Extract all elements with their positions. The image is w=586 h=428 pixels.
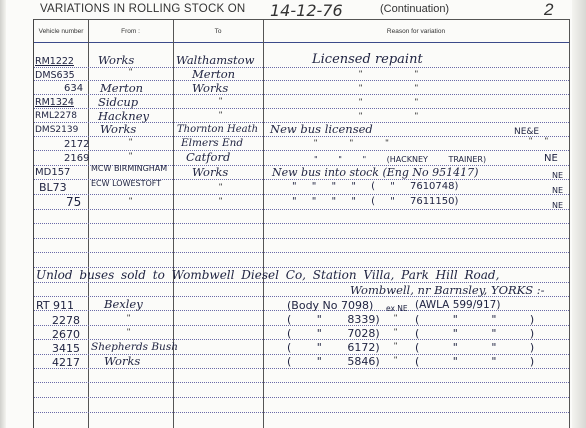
vehicle-number: 2169 bbox=[64, 152, 89, 165]
scan-edge-left bbox=[0, 0, 6, 428]
reason-text: New bus licensed bbox=[270, 123, 373, 136]
district-tag: NE bbox=[552, 169, 563, 182]
vehicle-number: 2670 bbox=[52, 328, 80, 341]
form-title: VARIATIONS IN ROLLING STOCK ON bbox=[40, 3, 245, 15]
to-location: Elmers End bbox=[181, 137, 243, 150]
to-location: Walthamstow bbox=[176, 54, 254, 67]
vehicle-number: 2172 bbox=[64, 138, 89, 151]
vehicle-number: 3415 bbox=[52, 342, 80, 355]
ditto-mark: " bbox=[129, 137, 132, 147]
ditto-mark: " bbox=[127, 313, 130, 323]
col-header-reason: Reason for variation bbox=[263, 20, 569, 42]
from-location: Works bbox=[98, 54, 134, 67]
ditto-mark: " bbox=[394, 341, 397, 351]
vehicle-number: RM1222 bbox=[35, 55, 74, 68]
reason-text: New bus into stock (Eng No 951417) bbox=[272, 166, 478, 179]
district-tag: NE bbox=[552, 184, 563, 197]
ruled-line bbox=[34, 397, 569, 398]
ditto-mark: " bbox=[127, 327, 130, 337]
sale-note-line1: Unlod buses sold to Wombwell Diesel Co, … bbox=[36, 269, 499, 282]
ditto-mark: " bbox=[129, 196, 132, 206]
ditto-mark: " bbox=[394, 327, 397, 337]
from-location: Shepherds Bush bbox=[91, 341, 178, 354]
continuation-label: (Continuation) bbox=[380, 3, 449, 15]
from-location: Works bbox=[100, 123, 136, 136]
from-location: ECW LOWESTOFT bbox=[91, 180, 171, 187]
col-header-vehicle: Vehicle number bbox=[34, 20, 88, 42]
ditto-mark: " " bbox=[359, 111, 418, 121]
registration: ( " " ) bbox=[415, 355, 534, 368]
ditto-mark: " bbox=[394, 313, 397, 323]
body-number: (Body No 7098) bbox=[287, 299, 373, 312]
from-location: Bexley bbox=[104, 298, 143, 311]
to-location: Thornton Heath bbox=[177, 123, 258, 136]
reason-text: " " " " ( " 7611150) bbox=[292, 195, 458, 208]
from-location: Sidcup bbox=[98, 96, 138, 109]
district-tag: NE bbox=[552, 199, 563, 212]
registration: ( " " ) bbox=[415, 313, 534, 326]
ruled-line bbox=[34, 209, 569, 210]
ruled-line bbox=[34, 150, 569, 151]
column-divider bbox=[88, 20, 89, 428]
ruled-line bbox=[34, 412, 569, 413]
ditto-mark: " bbox=[219, 182, 222, 192]
ditto-mark: " bbox=[219, 196, 222, 206]
reason-text: Licensed repaint bbox=[312, 53, 423, 66]
ditto-mark: " bbox=[394, 355, 397, 365]
vehicle-number: MD157 bbox=[35, 166, 70, 179]
body-number: ( " 6172) bbox=[287, 341, 380, 354]
registration: ( " " ) bbox=[415, 341, 534, 354]
ruled-line bbox=[34, 238, 569, 239]
body-number: ( " 7028) bbox=[287, 327, 380, 340]
ruled-line bbox=[34, 136, 569, 137]
scan-edge-right bbox=[572, 0, 586, 428]
ditto-mark: " " bbox=[529, 136, 548, 146]
ditto-mark: " bbox=[129, 151, 132, 161]
body-number: ( " 8339) bbox=[287, 313, 380, 326]
ditto-mark: " bbox=[219, 96, 222, 106]
ditto-mark: " bbox=[129, 67, 132, 77]
sale-note-line2: Wombwell, nr Barnsley, YORKS :- bbox=[350, 284, 545, 297]
ruled-line bbox=[34, 252, 569, 253]
to-location: Catford bbox=[186, 151, 230, 164]
vehicle-number: 75 bbox=[66, 196, 81, 209]
reason-text: " " " " ( " 7610748) bbox=[292, 180, 458, 193]
ruled-line bbox=[34, 223, 569, 224]
vehicle-number: 4217 bbox=[52, 356, 80, 369]
ditto-mark: " " bbox=[359, 97, 418, 107]
district-tag: NE bbox=[544, 152, 558, 165]
body-number: ( " 5846) bbox=[287, 355, 380, 368]
ruled-line bbox=[34, 67, 569, 68]
from-location: Merton bbox=[100, 82, 143, 95]
reason-text: " " " (HACKNEY TRAINER) bbox=[314, 156, 486, 164]
vehicle-number: RM1324 bbox=[35, 96, 74, 109]
ditto-mark: " " " bbox=[314, 138, 389, 148]
from-location: MCW BIRMINGHAM bbox=[91, 165, 171, 172]
ditto-mark: " " bbox=[359, 83, 418, 93]
to-location: Works bbox=[192, 82, 228, 95]
vehicle-number: RT 911 bbox=[36, 299, 74, 312]
ditto-mark: " bbox=[219, 110, 222, 120]
vehicle-number: 2278 bbox=[52, 314, 80, 327]
vehicle-number: DMS2139 bbox=[35, 124, 78, 137]
from-location: Works bbox=[104, 355, 140, 368]
col-header-from: From : bbox=[88, 20, 173, 42]
registration: ( " " ) bbox=[415, 327, 534, 340]
vehicle-number: RML2278 bbox=[35, 110, 77, 123]
form-date: 14-12-76 bbox=[270, 1, 343, 20]
to-location: Merton bbox=[192, 68, 235, 81]
page-number: 2 bbox=[544, 0, 553, 20]
to-location: Works bbox=[192, 166, 228, 179]
col-header-to: To bbox=[173, 20, 263, 42]
vehicle-number: BL73 bbox=[39, 181, 67, 194]
ditto-mark: " " bbox=[359, 69, 418, 79]
ruled-line bbox=[34, 368, 569, 369]
variations-table: Vehicle number From : To Reason for vari… bbox=[33, 19, 570, 428]
ruled-line bbox=[34, 382, 569, 383]
column-divider bbox=[263, 20, 264, 428]
vehicle-number: 634 bbox=[64, 82, 83, 95]
column-divider bbox=[173, 20, 174, 428]
registration: (AWLA 599/917) bbox=[415, 299, 500, 312]
vehicle-number: DMS635 bbox=[35, 69, 75, 82]
